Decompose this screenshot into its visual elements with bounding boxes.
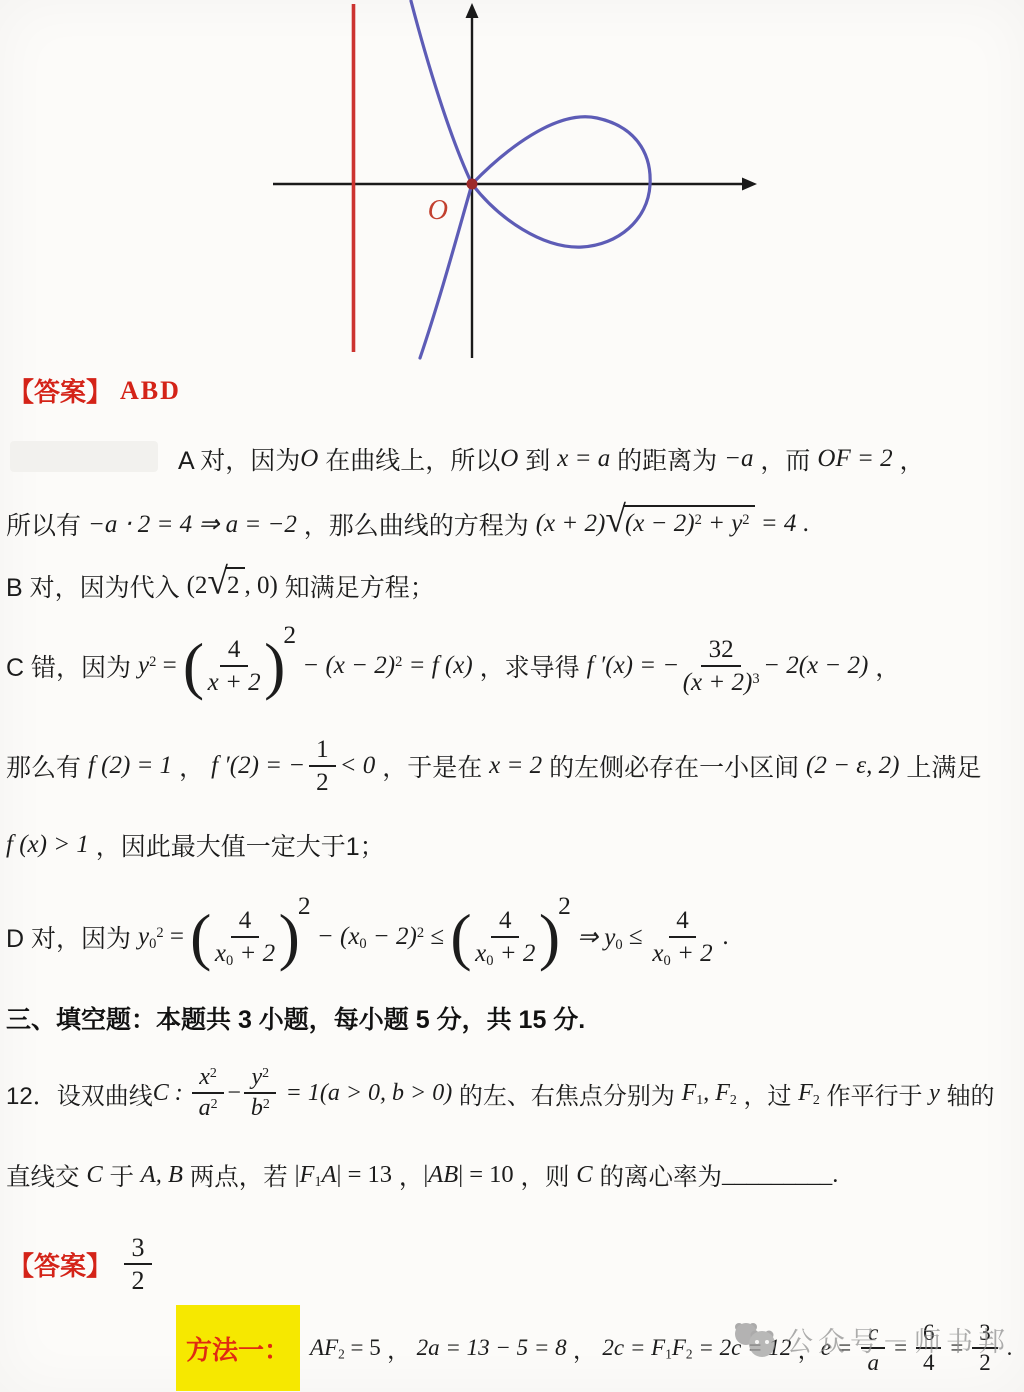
u-text: 1 <box>316 736 329 763</box>
u-text: 4 <box>228 636 241 663</box>
m-text: y <box>929 1080 940 1107</box>
fraction-denominator: 2 <box>131 1265 144 1295</box>
m-text: x + 2 <box>208 669 261 696</box>
expl-line-5: 那么有 f (2) = 1 ， f ′(2) = −12< 0 ，于是在 x =… <box>6 718 981 814</box>
cn-text: ， <box>567 1332 603 1365</box>
m-text: x2 <box>199 1064 217 1090</box>
cn-text: ，而 <box>753 441 817 477</box>
u-text: , <box>703 1080 715 1107</box>
m-text: y02 <box>138 923 164 951</box>
big-text: ( <box>450 908 471 965</box>
cn-text: 于 <box>103 1158 141 1193</box>
m-text: b2 <box>251 1095 270 1121</box>
origin-dot <box>467 179 478 190</box>
u-text: _________ <box>722 1161 832 1189</box>
m-text: + 2 <box>671 940 713 967</box>
fraction-numerator: 4 <box>669 906 697 938</box>
m-text: f (x) > 1 <box>6 831 89 859</box>
subscript: 2 <box>730 1092 737 1107</box>
superscript: 3 <box>752 671 759 687</box>
superscript: 2 <box>417 925 424 941</box>
m-text: (x + 2) <box>536 510 606 538</box>
m-text: x = a <box>557 445 610 473</box>
cn-text: C 错，因为 <box>6 648 138 684</box>
m-text: AB <box>428 1161 458 1189</box>
m-text: (2 − ε, 2) <box>806 752 899 780</box>
m-text: (x − 2)2 <box>625 510 702 537</box>
u-text: 4 <box>676 907 689 934</box>
expl-line-7: D 对，因为 y02 = (4x0 + 2)2 − (x0 − 2)2 ≤ (4… <box>6 882 729 992</box>
m-text: C : <box>153 1080 189 1107</box>
radicand: (x − 2)2 + y2 <box>623 505 755 538</box>
fraction-numerator: x2 <box>192 1064 224 1094</box>
big-text: )2 <box>264 637 296 694</box>
superscript: 2 <box>156 925 163 941</box>
radical: √2 <box>207 567 244 605</box>
fraction-numerator: 32 <box>701 635 741 667</box>
u-text: | = 13 <box>337 1161 392 1189</box>
subscript: 2 <box>686 1347 693 1362</box>
cn-text: 轴的 <box>940 1076 995 1111</box>
u-text: = <box>156 652 183 680</box>
cn-text: ， <box>392 1158 423 1193</box>
m-text: y2 <box>252 1064 270 1090</box>
expl-line-1: A 对，因为O 在曲线上，所以O 到 x = a 的距离为 −a ，而 OF =… <box>178 434 925 484</box>
m-text: f ′(x) = − <box>587 652 680 680</box>
expl-line-3: B 对，因为代入 (2√2, 0) 知满足方程； <box>6 556 435 616</box>
m-text: F2 <box>798 1080 820 1107</box>
document-page: O 【答案】 ABD A 对，因为O 在曲线上，所以O 到 x = a 的距离为… <box>0 0 1024 1392</box>
fraction-numerator: 3 <box>124 1233 153 1265</box>
u-text: 2 <box>316 769 329 796</box>
m-text: f ′(2) = − <box>211 752 305 780</box>
fraction-denominator: (x + 2)3 <box>683 667 760 697</box>
radical-sign: √ <box>605 502 626 540</box>
m-text: − (x − 2)2 <box>296 652 402 680</box>
superscript: 2 <box>395 654 402 670</box>
m-text: O <box>300 445 318 473</box>
cn-text: ，那么曲线的方程为 <box>297 506 536 542</box>
superscript: 2 <box>263 1097 270 1112</box>
m-text: F1 <box>300 1161 322 1189</box>
u-text: − <box>227 1080 241 1107</box>
answer-11-value: ABD <box>120 376 181 406</box>
math-fraction: 32(x + 2)3 <box>683 635 760 698</box>
superscript: 2 <box>210 1066 217 1081</box>
cn-text: ， <box>172 748 211 784</box>
fraction-numerator: y2 <box>244 1064 276 1094</box>
fraction-denominator: b2 <box>251 1094 270 1122</box>
expl-line-4: C 错，因为 y2 = (4x + 2)2 − (x − 2)2 = f (x)… <box>6 616 900 716</box>
superscript: 2 <box>283 620 296 649</box>
superscript: 2 <box>211 1097 218 1112</box>
cn-text: ， <box>893 441 925 477</box>
fraction-numerator: 1 <box>309 735 337 767</box>
cn-text: ， <box>381 1332 417 1365</box>
math-fraction: y2b2 <box>244 1064 276 1122</box>
u-text: . <box>832 1161 838 1189</box>
u-text: 32 <box>709 636 734 663</box>
cn-text: 的距离为 <box>610 441 724 477</box>
math-fraction: 4x + 2 <box>208 635 261 698</box>
cn-text: 的左、右焦点分别为 <box>452 1076 681 1111</box>
subscript: 0 <box>615 937 622 953</box>
math-fraction: 4x0 + 2 <box>475 906 535 969</box>
math-fraction: 4x0 + 2 <box>652 906 712 969</box>
m-text: = 1(a > 0, b > 0) <box>280 1080 453 1107</box>
m-text: = f (x) <box>402 652 472 680</box>
erased-watermark-blob <box>10 441 158 472</box>
fraction-numerator: 4 <box>491 906 519 938</box>
u-text: 4 <box>499 907 512 934</box>
curve-path <box>411 1 650 358</box>
origin-label: O <box>428 195 448 226</box>
m-text: A <box>322 1161 337 1189</box>
cn-text: ，过 <box>737 1076 798 1111</box>
cn-text: 12．设双曲线 <box>6 1076 153 1111</box>
answer-12-value: 32 <box>120 1233 156 1296</box>
u-text: . <box>796 510 809 538</box>
u-text: 3 <box>131 1233 144 1262</box>
cn-text: ， <box>868 648 900 684</box>
m-text: + 2 <box>493 940 535 967</box>
u-text: 2 <box>131 1266 144 1295</box>
m-text: = 4 <box>755 510 797 538</box>
m-text: A, B <box>141 1161 183 1189</box>
m-text: x0 <box>475 940 493 967</box>
u-text: ≤ <box>424 923 450 951</box>
m-text: < 0 <box>340 752 376 780</box>
cn-text: D 对，因为 <box>6 919 138 955</box>
m-text: y2 <box>138 652 156 680</box>
subscript: 0 <box>663 953 670 969</box>
cn-text: 直线交 <box>6 1158 86 1193</box>
u-text: 4 <box>239 907 252 934</box>
m-text: AF2 <box>310 1335 345 1361</box>
expl-line-2: 所以有 −a ⋅ 2 = 4 ⇒ a = −2 ，那么曲线的方程为 (x + 2… <box>6 490 809 558</box>
m-text: C <box>86 1161 102 1189</box>
subscript: 1 <box>696 1092 703 1107</box>
subscript: 2 <box>338 1347 345 1362</box>
m-text: − 2)2 <box>367 923 424 951</box>
fraction-denominator: 2 <box>316 767 329 797</box>
m-text: O <box>500 445 518 473</box>
m-text: C <box>576 1161 592 1189</box>
superscript: 2 <box>149 654 156 670</box>
answer-label: 【答案】 <box>8 372 112 409</box>
u-text: = 5 <box>345 1335 381 1361</box>
watermark-text: 公众号－师书邦 <box>786 1320 1010 1359</box>
math-fraction: 4x0 + 2 <box>215 906 275 969</box>
radical-sign: √ <box>207 564 228 602</box>
m-text: 2c = F1 <box>602 1335 671 1361</box>
answer-label: 【答案】 <box>8 1246 112 1283</box>
m-text: x0 <box>215 940 233 967</box>
cn-text: 所以有 <box>6 506 88 542</box>
m-text: + 2 <box>233 940 275 967</box>
superscript: 2 <box>742 512 749 528</box>
cn-text: 的左侧必存在一小区间 <box>542 748 806 784</box>
radical: √(x − 2)2 + y2 <box>605 505 754 543</box>
fraction-denominator: x + 2 <box>208 667 261 697</box>
watermark: 公众号－师书邦 <box>728 1318 1010 1360</box>
cn-text: A 对，因为 <box>178 441 300 477</box>
m-text: F1 <box>682 1080 704 1107</box>
big-text: ( <box>183 637 204 694</box>
big-text: ( <box>190 908 211 965</box>
u-text: 2 <box>227 572 240 599</box>
cn-text: ，于是在 <box>375 748 489 784</box>
m-text: 2a = 13 − 5 = 8 <box>417 1335 567 1361</box>
fraction-denominator: x0 + 2 <box>475 938 535 968</box>
q12-line-1: 12．设双曲线C : x2a2−y2b2 = 1(a > 0, b > 0) 的… <box>6 1044 994 1142</box>
subscript: 1 <box>665 1347 672 1362</box>
graph: O <box>0 0 1024 366</box>
cn-text: 上满足 <box>899 748 981 784</box>
m-text: F2 <box>715 1080 737 1107</box>
cn-text: 作平行于 <box>820 1076 929 1111</box>
answer-11-line: 【答案】 ABD <box>8 372 181 409</box>
math-fraction: x2a2 <box>192 1064 224 1122</box>
cn-text: 知满足方程； <box>278 568 435 604</box>
y-axis-arrow-icon <box>466 3 479 18</box>
cn-text: ，因此最大值一定大于1； <box>89 827 385 863</box>
cn-text: ，求导得 <box>473 648 587 684</box>
x-axis-arrow-icon <box>742 178 757 191</box>
m-text: x0 <box>652 940 670 967</box>
cn-text: B 对，因为代入 <box>6 568 187 604</box>
big-text: )2 <box>539 908 571 965</box>
m-text: + y2 <box>702 510 750 537</box>
superscript: 2 <box>262 1066 269 1081</box>
cn-text: 两点，若 <box>183 1158 295 1193</box>
u-text: = <box>164 923 191 951</box>
expl-line-6: f (x) > 1 ，因此最大值一定大于1； <box>6 818 385 872</box>
subscript: 2 <box>813 1092 820 1107</box>
cn-text: 的离心率为 <box>593 1158 722 1193</box>
m-text: f (2) = 1 <box>88 752 172 780</box>
m-text: (x + 2)3 <box>683 669 760 696</box>
big-text: )2 <box>279 908 311 965</box>
m-text: −a <box>724 445 753 473</box>
cn-text: 那么有 <box>6 748 88 784</box>
u-text: | = 10 <box>458 1161 513 1189</box>
m-text: − 2(x − 2) <box>763 652 868 680</box>
u-text: , 0) <box>245 572 278 600</box>
m-text: OF = 2 <box>817 445 892 473</box>
superscript: 2 <box>298 891 311 920</box>
m-text: F2 <box>672 1335 693 1361</box>
u-text: (2 <box>187 572 208 600</box>
answer-12-line: 【答案】 32 <box>8 1216 156 1312</box>
subscript: 1 <box>314 1174 321 1190</box>
method-badge: 方法一： <box>176 1305 300 1391</box>
fraction-denominator: x0 + 2 <box>652 938 712 968</box>
m-text: x = 2 <box>489 752 542 780</box>
section-header: 三、填空题：本题共 3 小题，每小题 5 分，共 15 分. <box>6 1000 585 1036</box>
cn-text: ，则 <box>514 1158 577 1193</box>
panda-logo-icon <box>728 1318 778 1360</box>
m-text: a2 <box>199 1095 218 1121</box>
u-text: ≤ <box>623 923 649 951</box>
superscript: 2 <box>695 512 702 528</box>
m-text: ⇒ y0 <box>571 922 623 952</box>
math-fraction: 12 <box>309 735 337 798</box>
subscript: 0 <box>359 936 366 952</box>
superscript: 2 <box>558 891 571 920</box>
u-text: . <box>716 923 729 951</box>
fraction-denominator: x0 + 2 <box>215 938 275 968</box>
cn-text: 在曲线上，所以 <box>318 441 500 477</box>
fraction-numerator: 4 <box>220 635 248 667</box>
fraction-numerator: 4 <box>231 906 259 938</box>
cn-text: 到 <box>518 441 557 477</box>
math-fraction: 32 <box>124 1233 153 1296</box>
m-text: −a ⋅ 2 = 4 ⇒ a = −2 <box>88 509 297 539</box>
fraction-denominator: a2 <box>199 1094 218 1122</box>
m-text: − (x0 <box>311 923 367 951</box>
q12-line-2: 直线交 C 于 A, B 两点，若 |F1A| = 13 ，|AB| = 10 … <box>6 1144 838 1206</box>
